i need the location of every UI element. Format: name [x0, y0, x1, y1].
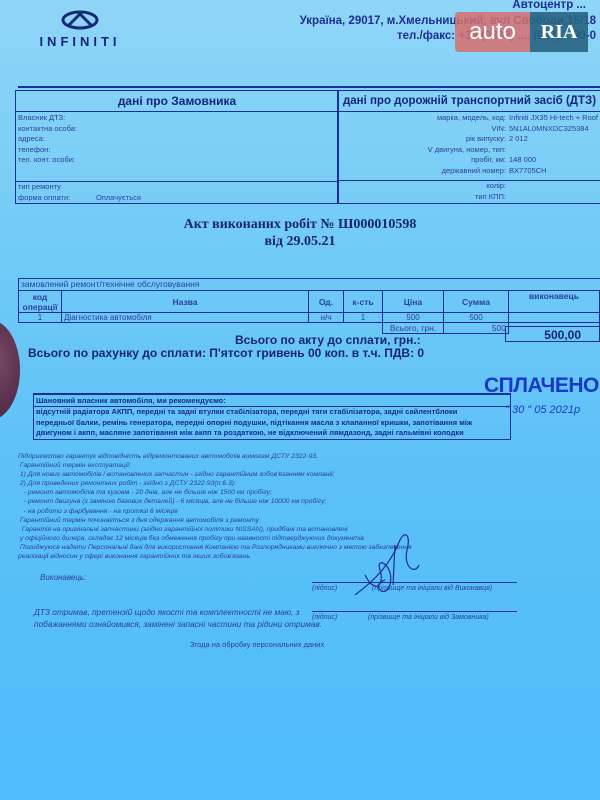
recommendation-line: двигуном і акпп, масляне запотівання між…	[36, 428, 510, 439]
warranty-line: - на роботи з фарбування - на протязі 6 …	[18, 507, 412, 516]
gearbox-label: тип КПП:	[338, 192, 509, 203]
act-total-value: 500,00	[505, 326, 600, 342]
vehicle-row-gearbox: тип КПП:	[338, 192, 600, 203]
warranty-line: - ремонт автомобілів та кузовів - 20 дні…	[18, 488, 412, 497]
recommendation-line: відсутній радіатора АКПП, передні та зад…	[36, 407, 510, 418]
vehicle-row-mileage: пробіг, км:148 000	[338, 155, 600, 166]
infiniti-logo: INFINITI	[30, 10, 130, 49]
watermark-ria: RIA	[530, 12, 588, 52]
col-performer: виконавець	[509, 291, 600, 313]
mileage-value: 148 000	[509, 155, 536, 166]
payment-form-label: форма оплати:	[18, 193, 70, 202]
row-code: 1	[19, 313, 62, 323]
customer-acknowledgement: ДТЗ отримав, претензій щодо якості та ко…	[34, 606, 322, 630]
col-sum: Сумма	[444, 291, 509, 313]
warranty-line: 1) Для нових автомобілів і встановлених …	[18, 470, 412, 479]
row-unit: н/ч	[309, 313, 344, 323]
customer-sign-hint: (підпис)	[312, 614, 337, 621]
col-name: Назва	[62, 291, 309, 313]
vehicle-row-vin: VIN:5N1AL0MNXDC325384	[338, 124, 600, 135]
subtotal-label: Всього, грн.	[383, 323, 444, 334]
address-label: адреса:	[18, 134, 338, 145]
contact-phone-label: тел. конт. особи:	[18, 155, 338, 166]
warranty-line: Підприємство гарантує відповідність відр…	[18, 452, 412, 461]
model-value: Infiniti JX35 Hi-tech + Roof	[509, 113, 598, 124]
engine-label: V двигуна, номер, тип:	[338, 145, 509, 156]
recommendations-head: Шановний власник автомобіля, ми рекоменд…	[34, 395, 510, 407]
payment-form-value: Оплачується	[96, 193, 141, 204]
owner-label: Власник ДТЗ:	[18, 113, 338, 124]
header-divider	[18, 86, 600, 88]
row-name: Діагностика автомобіля	[62, 313, 309, 323]
performer-sign-hint: (підпис)	[312, 585, 337, 592]
col-code: код операції	[19, 291, 62, 313]
vehicle-section: дані про дорожній транспортний засіб (ДТ…	[337, 90, 600, 204]
row-price: 500	[383, 313, 444, 323]
phone-label: телефон:	[18, 145, 338, 156]
vehicle-row-engine: V двигуна, номер, тип:	[338, 145, 600, 156]
vehicle-row-model: марка, модель, код:Infiniti JX35 Hi-tech…	[338, 113, 600, 124]
acknowledgement-line: ДТЗ отримав, претензій щодо якості та ко…	[34, 606, 322, 618]
acknowledgement-line: побажаннями ознайомився, замінені запасн…	[34, 618, 322, 630]
customer-name-hint: (прізвище та ініціали від Замовника)	[368, 614, 489, 621]
year-label: рік випуску:	[338, 134, 509, 145]
year-value: 2 012	[509, 134, 528, 145]
warranty-line: Гарантійний термін експлуатації:	[18, 461, 412, 470]
works-section-title: замовлений ремонт/технічне обслуговуванн…	[18, 278, 600, 290]
plate-value: BX7705CH	[509, 166, 547, 177]
row-qty: 1	[344, 313, 383, 323]
works-header-row: код операції Назва Од. к-сть Ціна Сумма …	[19, 291, 600, 313]
vehicle-section-title: дані про дорожній транспортний засіб (ДТ…	[338, 91, 600, 112]
vin-value: 5N1AL0MNXDC325384	[509, 124, 589, 135]
contact-person-label: контактна особа:	[18, 124, 338, 135]
act-date: від 29.05.21	[0, 233, 600, 250]
paid-stamp: СПЛАЧЕНО	[484, 374, 599, 398]
act-total-label: Всього по акту до сплати, грн.:	[235, 333, 421, 347]
finger-overlay	[0, 320, 20, 420]
row-performer	[509, 313, 600, 323]
vehicle-row-year: рік випуску:2 012	[338, 134, 600, 145]
watermark-auto: auto	[455, 12, 530, 52]
act-title: Акт виконаних робіт № Ш000010598	[0, 216, 600, 233]
customer-sign-line	[312, 611, 517, 612]
model-label: марка, модель, код:	[338, 113, 509, 124]
handwritten-signature	[345, 525, 425, 605]
recommendations-box: Шановний власник автомобіля, ми рекоменд…	[33, 393, 511, 440]
vin-label: VIN:	[338, 124, 509, 135]
vehicle-row-color: колір:	[338, 181, 600, 192]
act-title-block: Акт виконаних робіт № Ш000010598 від 29.…	[0, 216, 600, 250]
paid-stamp-date: " 30 " 05 2021р	[505, 404, 580, 416]
table-row: 1 Діагностика автомобіля н/ч 1 500 500	[19, 313, 600, 323]
total-in-words: Всього по рахунку до сплати: П'ятсот гри…	[28, 346, 424, 360]
signature-icon	[345, 525, 425, 605]
plate-label: державний номер:	[338, 166, 509, 177]
customer-section: дані про Замовника Власник ДТЗ: контактн…	[15, 90, 339, 204]
color-label: колір:	[338, 181, 509, 192]
row-sum: 500	[444, 313, 509, 323]
infiniti-emblem-icon	[61, 10, 99, 30]
brand-name: INFINITI	[30, 34, 130, 49]
warranty-line: - ремонт двигуна (з заміною базових дета…	[18, 497, 412, 506]
subtotal-value: 500	[444, 323, 509, 334]
vehicle-row-plate: державний номер:BX7705CH	[338, 166, 600, 177]
watermark-ria-text: RIA	[541, 21, 578, 44]
performer-label: Виконавець:	[40, 573, 86, 582]
recommendation-line: передньої балки, ремінь генератора, пере…	[36, 418, 510, 429]
warranty-line: 2) Для проведених ремонтних робіт - згід…	[18, 479, 412, 488]
col-price: Ціна	[383, 291, 444, 313]
data-processing-consent: Згода на обробку персональних даних	[190, 640, 324, 649]
customer-section-title: дані про Замовника	[16, 91, 338, 112]
warranty-line: Гарантійний термін починається з дня оде…	[18, 516, 412, 525]
mileage-label: пробіг, км:	[338, 155, 509, 166]
col-qty: к-сть	[344, 291, 383, 313]
repair-type-label: тип ремонту	[18, 182, 338, 193]
col-unit: Од.	[309, 291, 344, 313]
autoria-watermark: auto RIA	[455, 12, 590, 52]
